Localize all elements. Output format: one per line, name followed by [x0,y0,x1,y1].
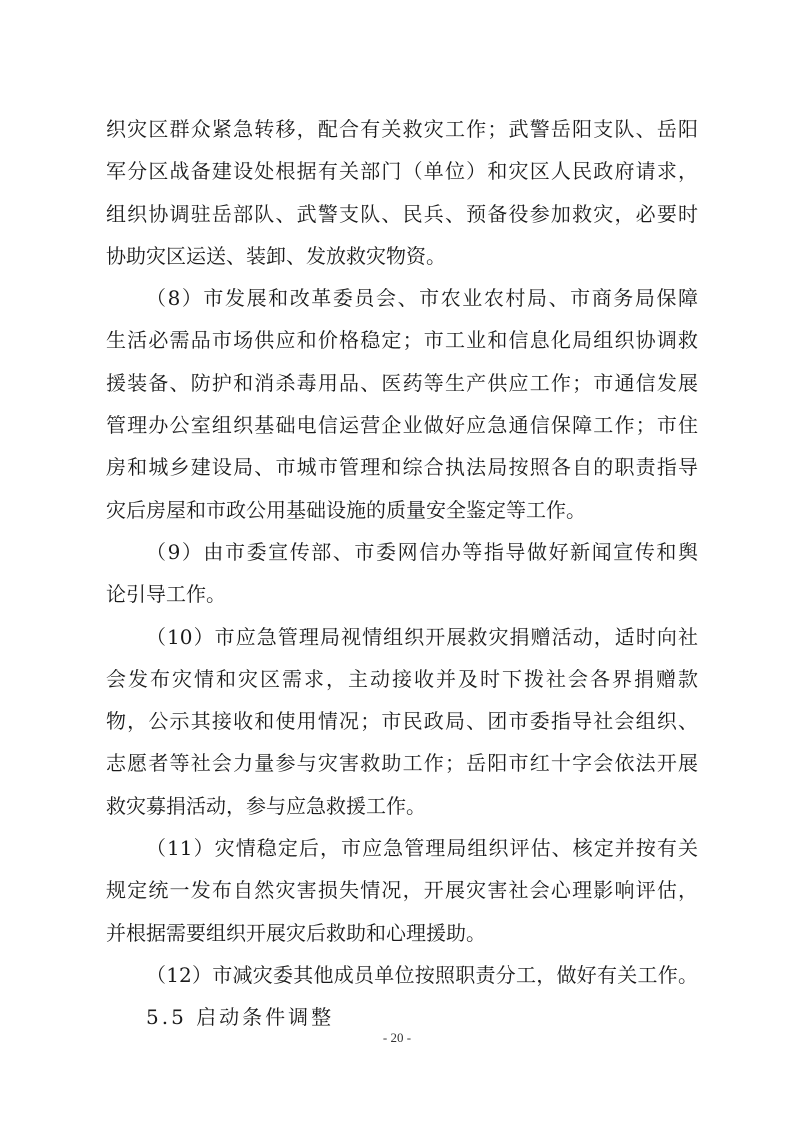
paragraph-item-12: （12）市减灾委其他成员单位按照职责分工，做好有关工作。 [106,954,698,996]
paragraph-item-11: （11）灾情稳定后，市应急管理局组织评估、核定并按有关 规定统一发布自然灾害损失… [106,827,698,954]
text-line: （11）灾情稳定后，市应急管理局组织评估、核定并按有关 [106,827,698,869]
text-line: 组织协调驻岳部队、武警支队、民兵、预备役参加救灾，必要时 [106,193,698,235]
paragraph-item-8: （8）市发展和改革委员会、市农业农村局、市商务局保障 生活必需品市场供应和价格稳… [106,277,698,531]
text-line: （9）由市委宣传部、市委网信办等指导做好新闻宣传和舆 [106,531,698,573]
paragraph-item-9: （9）由市委宣传部、市委网信办等指导做好新闻宣传和舆 论引导工作。 [106,531,698,616]
paragraph-item-10: （10）市应急管理局视情组织开展救灾捐赠活动，适时向社 会发布灾情和灾区需求，主… [106,616,698,827]
text-line: （8）市发展和改革委员会、市农业农村局、市商务局保障 [106,277,698,319]
text-line: 救灾募捐活动，参与应急救援工作。 [106,785,698,827]
text-line: 生活必需品市场供应和价格稳定；市工业和信息化局组织协调救 [106,319,698,361]
text-line: 论引导工作。 [106,573,698,615]
text-line: 物，公示其接收和使用情况；市民政局、团市委指导社会组织、 [106,700,698,742]
document-page: 织灾区群众紧急转移，配合有关救灾工作；武警岳阳支队、岳阳 军分区战备建设处根据有… [106,108,698,1039]
page-number: - 20 - [0,1030,794,1046]
text-line: 会发布灾情和灾区需求，主动接收并及时下拨社会各界捐赠款 [106,658,698,700]
text-line: 协助灾区运送、装卸、发放救灾物资。 [106,235,698,277]
text-line: 房和城乡建设局、市城市管理和综合执法局按照各自的职责指导 [106,446,698,488]
text-line: 织灾区群众紧急转移，配合有关救灾工作；武警岳阳支队、岳阳 [106,108,698,150]
paragraph-continuation: 织灾区群众紧急转移，配合有关救灾工作；武警岳阳支队、岳阳 军分区战备建设处根据有… [106,108,698,277]
text-line: 灾后房屋和市政公用基础设施的质量安全鉴定等工作。 [106,489,698,531]
text-line: （12）市减灾委其他成员单位按照职责分工，做好有关工作。 [106,954,698,996]
text-line: 管理办公室组织基础电信运营企业做好应急通信保障工作；市住 [106,404,698,446]
text-line: 军分区战备建设处根据有关部门（单位）和灾区人民政府请求， [106,150,698,192]
text-line: 志愿者等社会力量参与灾害救助工作；岳阳市红十字会依法开展 [106,742,698,784]
text-line: （10）市应急管理局视情组织开展救灾捐赠活动，适时向社 [106,616,698,658]
text-line: 并根据需要组织开展灾后救助和心理援助。 [106,912,698,954]
text-line: 援装备、防护和消杀毒用品、医药等生产供应工作；市通信发展 [106,362,698,404]
text-line: 规定统一发布自然灾害损失情况，开展灾害社会心理影响评估， [106,869,698,911]
